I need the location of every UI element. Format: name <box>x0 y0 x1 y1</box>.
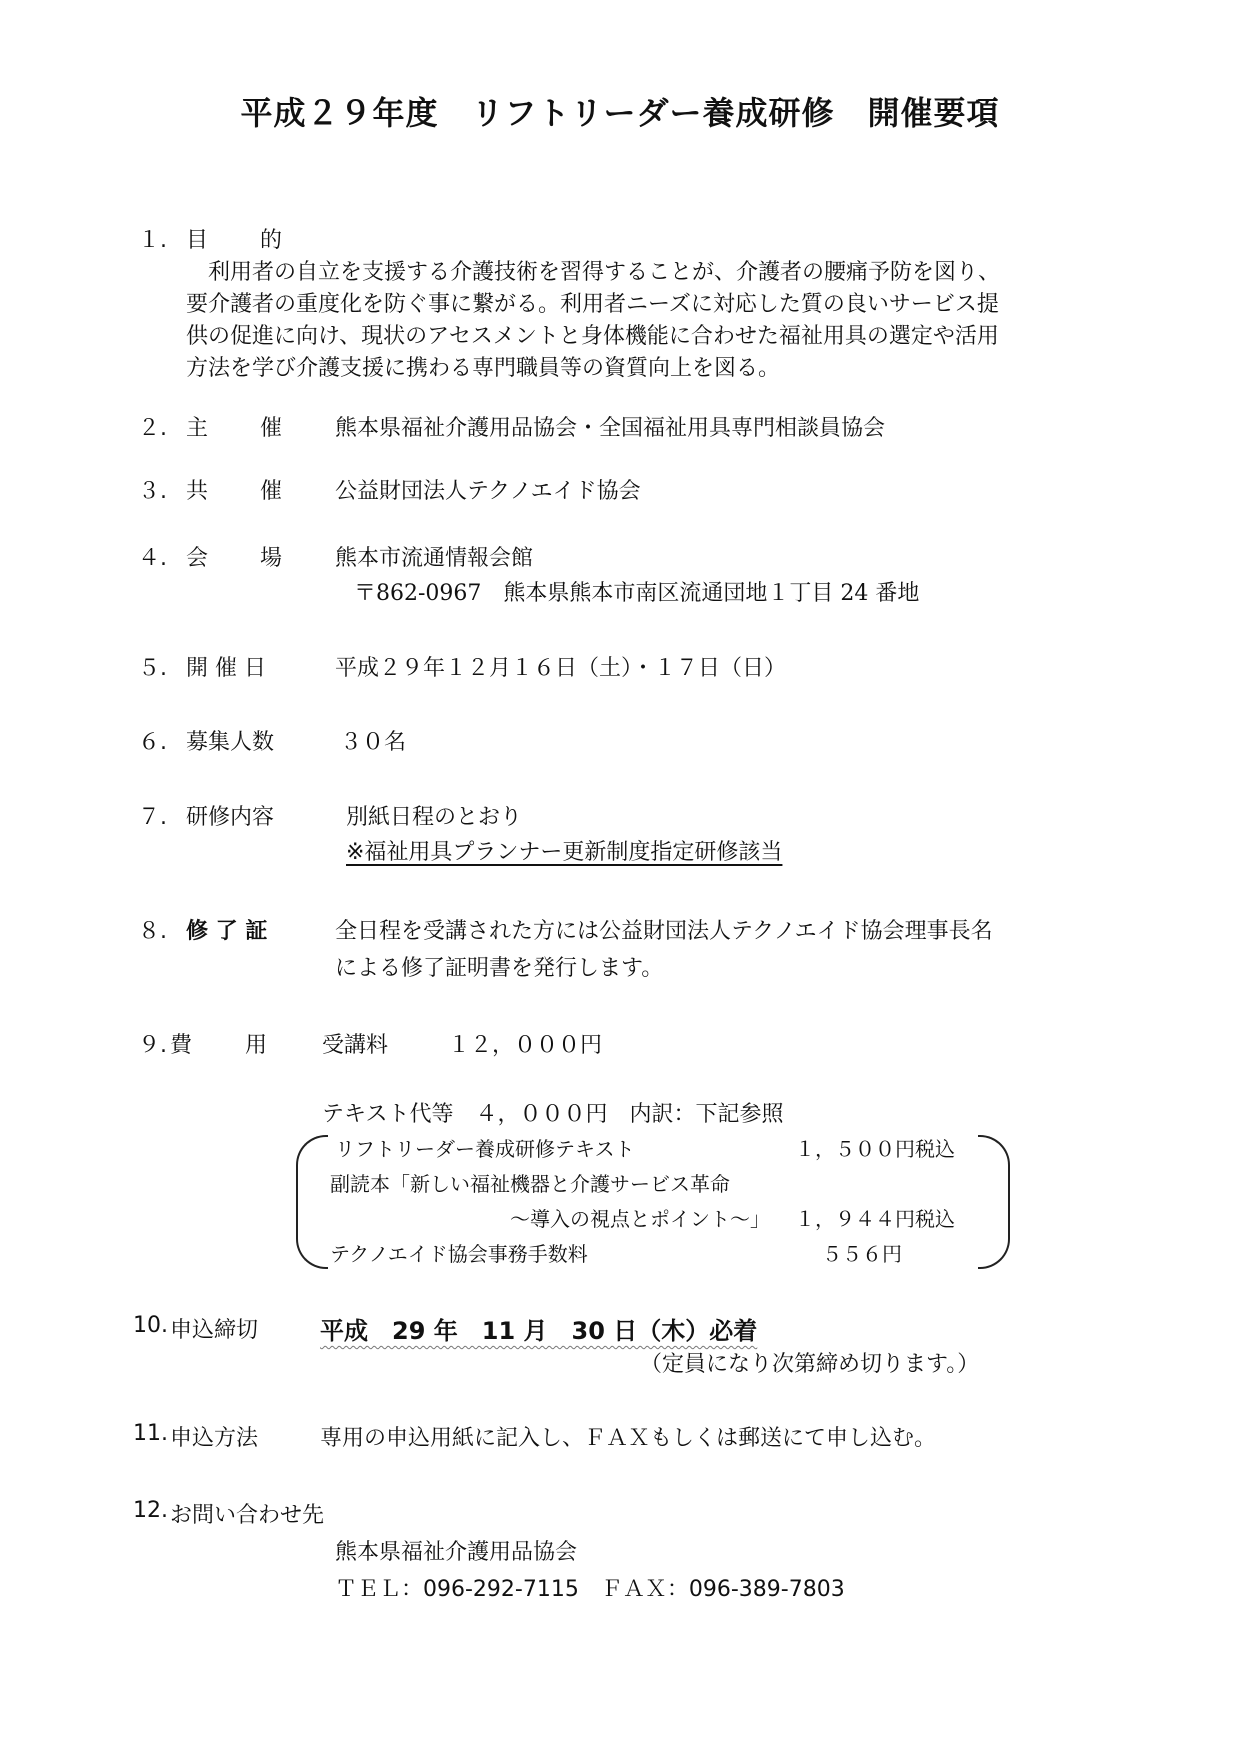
section-number: ６. <box>138 725 167 756</box>
deadline-value: 平成 29 年 11 月 30 日（木）必着 <box>320 1311 757 1346</box>
section-label: 共 <box>186 474 208 505</box>
document-title: 平成２９年度 リフトリーダー養成研修 開催要項 <box>0 88 1240 134</box>
co-organizer-value: 公益財団法人テクノエイド協会 <box>335 474 641 505</box>
section-number: 11. <box>133 1421 168 1446</box>
purpose-line: 利用者の自立を支援する介護技術を習得することが、介護者の腰痛予防を図り、 <box>208 255 1000 286</box>
section-number: ２. <box>138 411 167 442</box>
section-label: 主 <box>186 411 208 442</box>
section-number: ９. <box>138 1028 167 1059</box>
section-label: 募集人数 <box>186 725 274 756</box>
section-label: 申込締切 <box>170 1313 258 1344</box>
section-number: 10. <box>133 1313 168 1338</box>
breakdown-price: １，９４４円税込 <box>795 1203 955 1232</box>
section-number: ３. <box>138 474 167 505</box>
text-fee: テキスト代等 ４，０００円 内訳：下記参照 <box>322 1097 784 1128</box>
section-label: 会 <box>186 541 208 572</box>
deadline-note: （定員になり次第締め切ります。） <box>640 1347 979 1378</box>
section-number: ５. <box>138 651 167 682</box>
section-number: １. <box>138 223 167 254</box>
section-label: 目 <box>186 223 208 254</box>
purpose-line: 供の促進に向け、現状のアセスメントと身体機能に合わせた福祉用具の選定や活用 <box>186 319 999 350</box>
section-number: ８. <box>138 914 167 945</box>
content-value: 別紙日程のとおり <box>346 800 522 831</box>
section-label: 費 <box>170 1028 192 1059</box>
application-value: 専用の申込用紙に記入し、ＦＡＸもしくは郵送にて申し込む。 <box>320 1421 936 1452</box>
section-label: 開 催 日 <box>186 651 266 682</box>
certificate-line: による修了証明書を発行します。 <box>335 951 663 982</box>
purpose-line: 要介護者の重度化を防ぐ事に繋がる。利用者ニーズに対応した質の良いサービス提 <box>186 287 999 318</box>
section-label: 催 <box>260 474 282 505</box>
venue-name: 熊本市流通情報会館 <box>335 541 533 572</box>
breakdown-item: ～導入の視点とポイント～」 <box>510 1203 770 1232</box>
section-label: 的 <box>260 223 282 254</box>
breakdown-item: 副読本「新しい福祉機器と介護サービス革命 <box>330 1168 730 1197</box>
section-label: 場 <box>260 541 282 572</box>
breakdown-item: リフトリーダー養成研修テキスト <box>335 1133 635 1162</box>
certificate-line: 全日程を受講された方には公益財団法人テクノエイド協会理事長名 <box>335 914 993 945</box>
bracket-left <box>296 1135 328 1269</box>
section-label: お問い合わせ先 <box>170 1498 324 1529</box>
section-number: ４. <box>138 541 167 572</box>
breakdown-price: １，５００円税込 <box>795 1133 955 1162</box>
section-label: 催 <box>260 411 282 442</box>
contact-phone-fax: ＴＥＬ：096-292-7115 ＦＡＸ：096-389-7803 <box>335 1572 845 1603</box>
content-note: ※福祉用具プランナー更新制度指定研修該当 <box>346 835 782 866</box>
section-label: 申込方法 <box>170 1421 258 1452</box>
contact-org: 熊本県福祉介護用品協会 <box>335 1535 577 1566</box>
section-number: ７. <box>138 800 167 831</box>
venue-address: 〒862-0967 熊本県熊本市南区流通団地１丁目 24 番地 <box>354 576 919 607</box>
breakdown-price: ５５６円 <box>822 1238 902 1267</box>
section-label: 用 <box>245 1028 267 1059</box>
event-dates: 平成２９年１２月１６日（土）・１７日（日） <box>335 651 786 682</box>
organizer-value: 熊本県福祉介護用品協会・全国福祉用具専門相談員協会 <box>335 411 885 442</box>
section-label: 修 了 証 <box>186 914 267 945</box>
capacity-value: ３０名 <box>340 725 406 756</box>
breakdown-item: テクノエイド協会事務手数料 <box>330 1238 588 1267</box>
fee-value: １２，０００円 <box>448 1028 602 1059</box>
fee-label: 受講料 <box>322 1028 388 1059</box>
purpose-line: 方法を学び介護支援に携わる専門職員等の資質向上を図る。 <box>186 351 780 382</box>
bracket-right <box>978 1135 1010 1269</box>
section-number: 12. <box>133 1498 168 1523</box>
section-label: 研修内容 <box>186 800 274 831</box>
